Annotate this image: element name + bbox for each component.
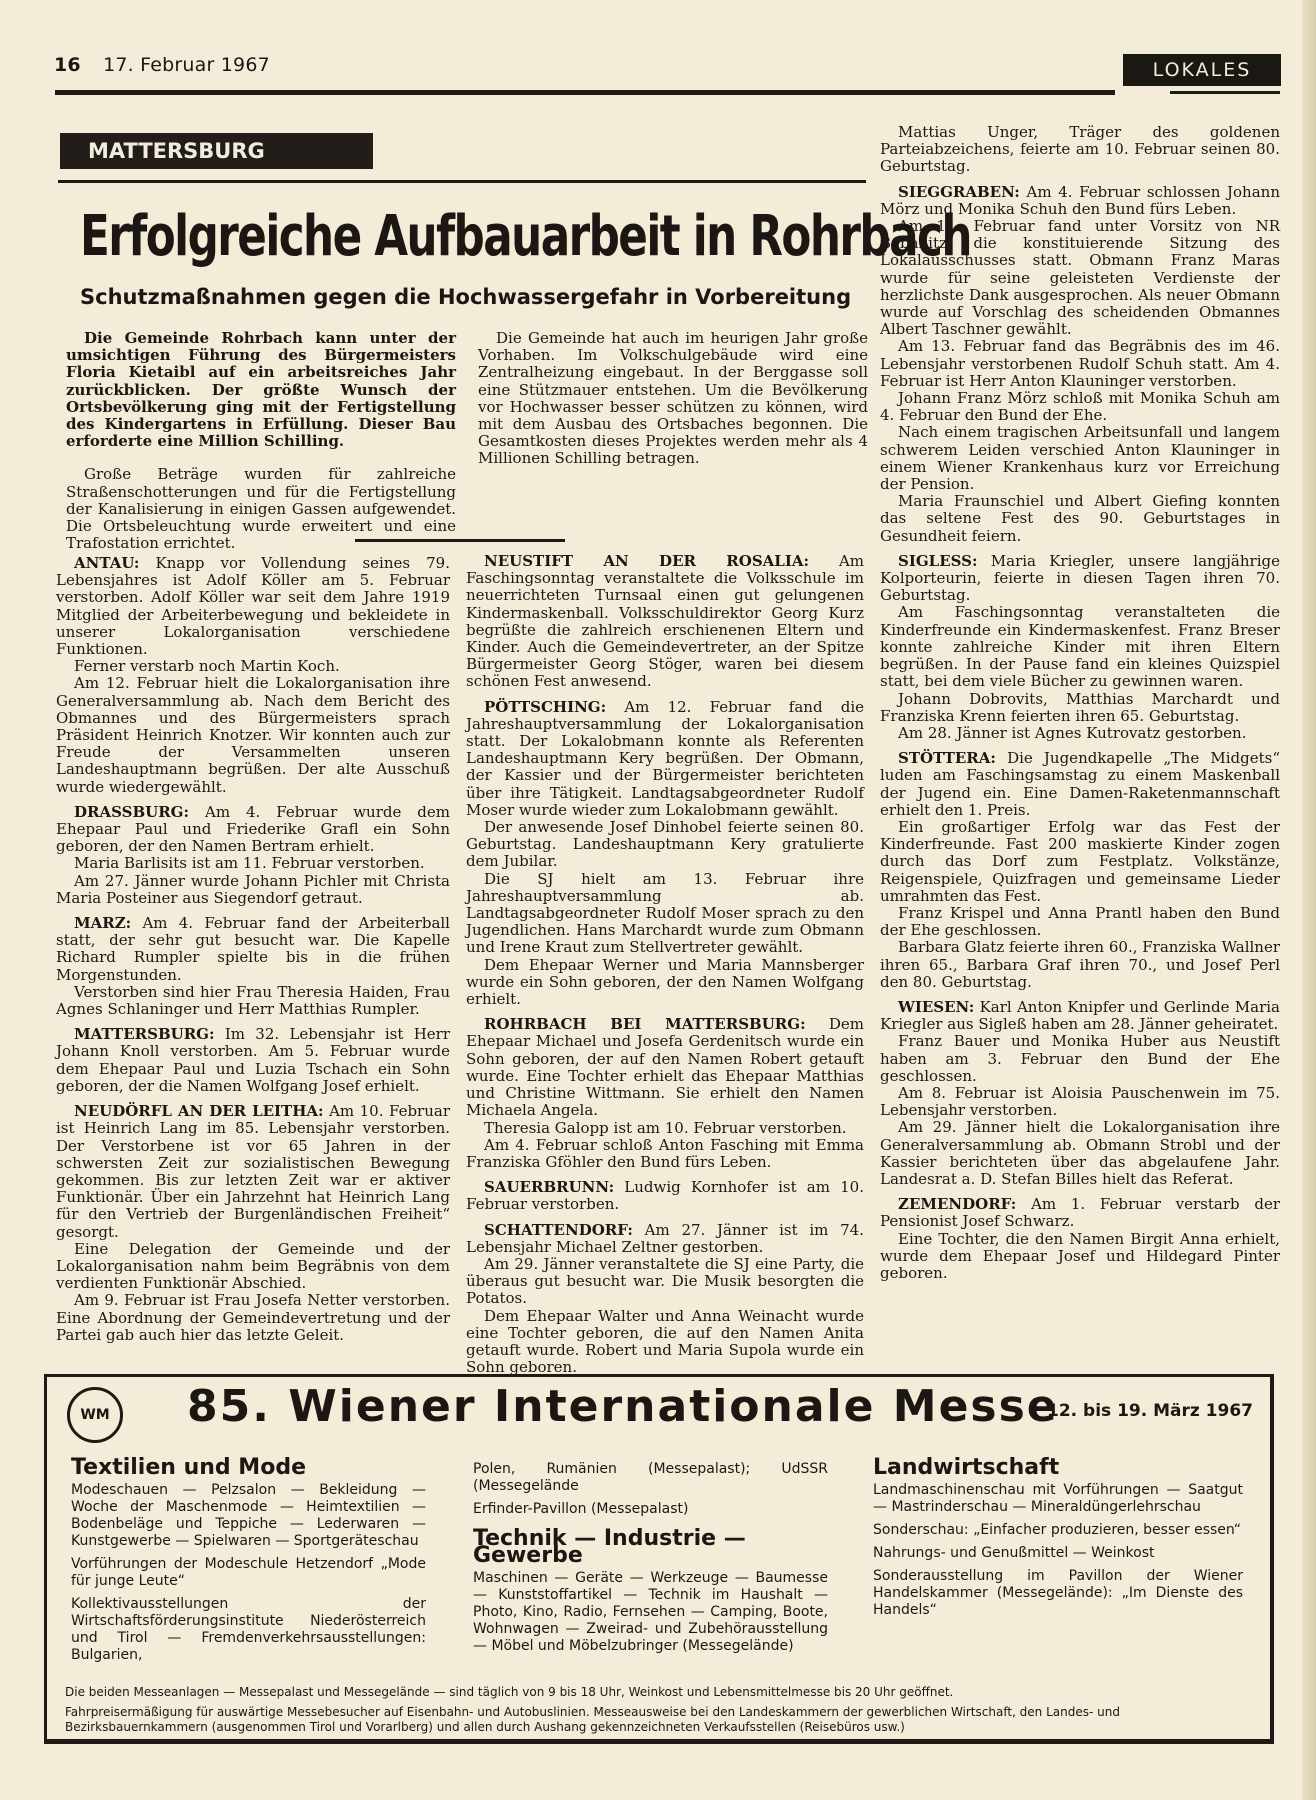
news-item: Maria Fraunschiel und Albert Giefing kon… bbox=[880, 493, 1280, 545]
news-item: Am 11. Februar fand unter Vorsitz von NR… bbox=[880, 218, 1280, 338]
news-text: Verstorben sind hier Frau Theresia Haide… bbox=[56, 983, 450, 1018]
region-rule bbox=[58, 180, 866, 183]
news-text: Am 27. Jänner wurde Johann Pichler mit C… bbox=[56, 872, 450, 907]
place-name: WIESEN: bbox=[898, 998, 974, 1016]
ad-land-p1: Landmaschinenschau mit Vorführungen — Sa… bbox=[873, 1482, 1243, 1516]
news-item-with-place: PÖTTSCHING: Am 12. Februar fand die Jahr… bbox=[466, 699, 864, 819]
news-item: Eine Delegation der Gemeinde und der Lok… bbox=[56, 1241, 450, 1293]
news-item-with-place: NEUDÖRFL AN DER LEITHA: Am 10. Februar i… bbox=[56, 1103, 450, 1241]
ad-travel-info: Fahrpreisermäßigung für auswärtige Messe… bbox=[65, 1705, 1255, 1735]
news-text: Am 29. Jänner veranstaltete die SJ eine … bbox=[466, 1255, 864, 1307]
news-item: Am 8. Februar ist Aloisia Pauschenwein i… bbox=[880, 1085, 1280, 1119]
news-item-with-place: SCHATTENDORF: Am 27. Jänner ist im 74. L… bbox=[466, 1222, 864, 1256]
header-rule bbox=[55, 90, 1115, 95]
article-headline: Erfolgreiche Aufbauarbeit in Rohrbach bbox=[80, 205, 673, 269]
news-text: Der anwesende Josef Dinhobel feierte sei… bbox=[466, 818, 864, 870]
news-item: Der anwesende Josef Dinhobel feierte sei… bbox=[466, 819, 864, 871]
news-text: Theresia Galopp ist am 10. Februar verst… bbox=[484, 1119, 847, 1137]
ad-textiles-p3: Kollektivausstellungen der Wirtschaftsfö… bbox=[71, 1596, 426, 1664]
news-text: Maria Fraunschiel und Albert Giefing kon… bbox=[880, 492, 1280, 544]
place-name: PÖTTSCHING: bbox=[484, 698, 606, 716]
ad-middle-p3: Maschinen — Geräte — Werkzeuge — Baumess… bbox=[473, 1570, 828, 1655]
place-name: ANTAU: bbox=[74, 554, 139, 572]
news-item: Verstorben sind hier Frau Theresia Haide… bbox=[56, 984, 450, 1018]
news-item-with-place: NEUSTIFT AN DER ROSALIA: Am Faschingsonn… bbox=[466, 553, 864, 691]
ad-column-landwirtschaft: Landwirtschaft Landmaschinenschau mit Vo… bbox=[873, 1459, 1243, 1625]
place-name: ZEMENDORF: bbox=[898, 1195, 1016, 1213]
ad-opening-hours: Die beiden Messeanlagen — Messepalast un… bbox=[65, 1685, 1255, 1700]
place-name: STÖTTERA: bbox=[898, 749, 996, 767]
news-item: Am 4. Februar schloß Anton Fasching mit … bbox=[466, 1137, 864, 1171]
news-text: Am 29. Jänner hielt die Lokalorganisatio… bbox=[880, 1118, 1280, 1188]
article-subheadline: Schutzmaßnahmen gegen die Hochwassergefa… bbox=[80, 285, 840, 309]
news-item: Barbara Glatz feierte ihren 60., Franzis… bbox=[880, 939, 1280, 991]
news-text: Am 12. Februar hielt die Lokalorganisati… bbox=[56, 674, 450, 795]
news-column-3: Mattias Unger, Träger des goldenen Parte… bbox=[880, 124, 1280, 1282]
section-label: LOKALES bbox=[1123, 54, 1281, 86]
news-item: Maria Barlisits ist am 11. Februar verst… bbox=[56, 855, 450, 872]
news-column-2: NEUSTIFT AN DER ROSALIA: Am Faschingsonn… bbox=[466, 553, 864, 1376]
fair-logo-icon: WM bbox=[67, 1387, 123, 1443]
news-item-with-place: STÖTTERA: Die Jugendkapelle „The Midgets… bbox=[880, 750, 1280, 819]
news-item: Franz Bauer und Monika Huber aus Neustif… bbox=[880, 1033, 1280, 1085]
ad-textiles-p1: Modeschauen — Pelzsalon — Bekleidung — W… bbox=[71, 1482, 426, 1550]
news-item-with-place: MATTERSBURG: Im 32. Lebensjahr ist Herr … bbox=[56, 1026, 450, 1095]
news-item-with-place: ROHRBACH BEI MATTERSBURG: Dem Ehepaar Mi… bbox=[466, 1016, 864, 1119]
news-text: Am 11. Februar fand unter Vorsitz von NR… bbox=[880, 217, 1280, 338]
news-text: Am Faschingsonntag veranstalteten die Ki… bbox=[880, 603, 1280, 690]
news-text: Am 4. Februar schloß Anton Fasching mit … bbox=[466, 1136, 864, 1171]
news-item: Johann Dobrovits, Matthias Marchardt und… bbox=[880, 691, 1280, 725]
page-number: 16 bbox=[54, 54, 81, 76]
news-item: Nach einem tragischen Arbeitsunfall und … bbox=[880, 424, 1280, 493]
news-item: Johann Franz Mörz schloß mit Monika Schu… bbox=[880, 390, 1280, 424]
news-text: Am 12. Februar fand die Jahreshauptversa… bbox=[466, 698, 864, 819]
news-item: Am Faschingsonntag veranstalteten die Ki… bbox=[880, 604, 1280, 690]
ad-middle-p2: Erfinder-Pavillon (Messepalast) bbox=[473, 1501, 828, 1518]
news-item-with-place: SIGLESS: Maria Kriegler, unsere langjähr… bbox=[880, 553, 1280, 605]
news-item: Dem Ehepaar Walter und Anna Weinacht wur… bbox=[466, 1308, 864, 1377]
news-text: Barbara Glatz feierte ihren 60., Franzis… bbox=[880, 938, 1280, 990]
article-divider bbox=[355, 539, 565, 542]
news-item-with-place: DRASSBURG: Am 4. Februar wurde dem Ehepa… bbox=[56, 804, 450, 856]
place-name: SIGLESS: bbox=[898, 552, 978, 570]
place-name: NEUSTIFT AN DER ROSALIA: bbox=[484, 552, 809, 570]
news-text: Dem Ehepaar Walter und Anna Weinacht wur… bbox=[466, 1307, 864, 1377]
ad-column-technik: Polen, Rumänien (Messepalast); UdSSR (Me… bbox=[473, 1461, 828, 1661]
region-label: MATTERSBURG bbox=[60, 133, 373, 169]
article-column-2: Die Gemeinde hat auch im heurigen Jahr g… bbox=[478, 330, 868, 468]
place-name: MARZ: bbox=[74, 914, 131, 932]
news-text: Ferner verstarb noch Martin Koch. bbox=[74, 657, 340, 675]
news-item: Eine Tochter, die den Namen Birgit Anna … bbox=[880, 1231, 1280, 1283]
news-column-1: ANTAU: Knapp vor Vollendung seines 79. L… bbox=[56, 555, 450, 1344]
news-item: Dem Ehepaar Werner und Maria Mannsberger… bbox=[466, 957, 864, 1009]
news-item: Theresia Galopp ist am 10. Februar verst… bbox=[466, 1120, 864, 1137]
news-item-with-place: ZEMENDORF: Am 1. Februar verstarb der Pe… bbox=[880, 1196, 1280, 1230]
article-paragraph-2: Die Gemeinde hat auch im heurigen Jahr g… bbox=[478, 330, 868, 468]
ad-column-textiles: Textilien und Mode Modeschauen — Pelzsal… bbox=[71, 1459, 426, 1670]
ad-land-p3: Nahrungs- und Genußmittel — Weinkost bbox=[873, 1545, 1243, 1562]
news-text: Am 13. Februar fand das Begräbnis des im… bbox=[880, 337, 1280, 389]
place-name: DRASSBURG: bbox=[74, 803, 189, 821]
ad-textiles-p2: Vorführungen der Modeschule Hetzendorf „… bbox=[71, 1556, 426, 1590]
ad-title: 85. Wiener Internationale Messe bbox=[187, 1381, 1059, 1432]
news-text: Eine Delegation der Gemeinde und der Lok… bbox=[56, 1240, 450, 1292]
news-item: Ein großartiger Erfolg war das Fest der … bbox=[880, 819, 1280, 905]
news-text: Johann Dobrovits, Matthias Marchardt und… bbox=[880, 690, 1280, 725]
trade-fair-advertisement: WM 85. Wiener Internationale Messe 12. b… bbox=[44, 1374, 1274, 1744]
issue-date: 17. Februar 1967 bbox=[103, 54, 270, 76]
news-item-with-place: WIESEN: Karl Anton Knipfer und Gerlinde … bbox=[880, 999, 1280, 1033]
newspaper-page: 16 17. Februar 1967 LOKALES MATTERSBURG … bbox=[0, 0, 1316, 1800]
news-item: Franz Krispel und Anna Prantl haben den … bbox=[880, 905, 1280, 939]
news-text: Nach einem tragischen Arbeitsunfall und … bbox=[880, 423, 1280, 493]
news-item: Am 9. Februar ist Frau Josefa Netter ver… bbox=[56, 1292, 450, 1344]
news-text: Franz Bauer und Monika Huber aus Neustif… bbox=[880, 1032, 1280, 1084]
ad-land-p2: Sonderschau: „Einfacher produzieren, bes… bbox=[873, 1522, 1243, 1539]
news-text: Johann Franz Mörz schloß mit Monika Schu… bbox=[880, 389, 1280, 424]
place-name: MATTERSBURG: bbox=[74, 1025, 215, 1043]
news-text: Die SJ hielt am 13. Februar ihre Jahresh… bbox=[466, 870, 864, 957]
news-item: Am 12. Februar hielt die Lokalorganisati… bbox=[56, 675, 450, 795]
article-column-1: Die Gemeinde Rohrbach kann unter der ums… bbox=[66, 330, 456, 552]
place-name: ROHRBACH BEI MATTERSBURG: bbox=[484, 1015, 806, 1033]
place-name: SCHATTENDORF: bbox=[484, 1221, 633, 1239]
news-text: Am 28. Jänner ist Agnes Kutrovatz gestor… bbox=[898, 724, 1246, 742]
ad-heading-technik: Technik — Industrie — Gewerbe bbox=[473, 1530, 828, 1564]
news-text: Am Faschingsonntag veranstaltete die Vol… bbox=[466, 552, 864, 690]
news-item-with-place: ANTAU: Knapp vor Vollendung seines 79. L… bbox=[56, 555, 450, 658]
page-edge bbox=[1302, 0, 1316, 1800]
news-text: Eine Tochter, die den Namen Birgit Anna … bbox=[880, 1230, 1280, 1282]
news-text: Am 8. Februar ist Aloisia Pauschenwein i… bbox=[880, 1084, 1280, 1119]
news-item: Am 28. Jänner ist Agnes Kutrovatz gestor… bbox=[880, 725, 1280, 742]
news-item-with-place: MARZ: Am 4. Februar fand der Arbeiterbal… bbox=[56, 915, 450, 984]
news-item: Am 27. Jänner wurde Johann Pichler mit C… bbox=[56, 873, 450, 907]
news-text: Am 9. Februar ist Frau Josefa Netter ver… bbox=[56, 1291, 450, 1343]
news-item-with-place: SAUERBRUNN: Ludwig Kornhofer ist am 10. … bbox=[466, 1179, 864, 1213]
ad-heading-landwirtschaft: Landwirtschaft bbox=[873, 1459, 1243, 1476]
news-item: Die SJ hielt am 13. Februar ihre Jahresh… bbox=[466, 871, 864, 957]
news-text: Am 10. Februar ist Heinrich Lang im 85. … bbox=[56, 1102, 450, 1240]
news-item: Am 29. Jänner hielt die Lokalorganisatio… bbox=[880, 1119, 1280, 1188]
place-name: SIEGGRABEN: bbox=[898, 183, 1020, 201]
news-text: Dem Ehepaar Werner und Maria Mannsberger… bbox=[466, 956, 864, 1008]
news-item: Am 29. Jänner veranstaltete die SJ eine … bbox=[466, 1256, 864, 1308]
page-header: 16 17. Februar 1967 bbox=[54, 54, 270, 76]
news-item: Mattias Unger, Träger des goldenen Parte… bbox=[880, 124, 1280, 176]
place-name: SAUERBRUNN: bbox=[484, 1178, 614, 1196]
ad-middle-p1: Polen, Rumänien (Messepalast); UdSSR (Me… bbox=[473, 1461, 828, 1495]
header-rule-right bbox=[1170, 91, 1280, 94]
news-item: Ferner verstarb noch Martin Koch. bbox=[56, 658, 450, 675]
news-text: Ein großartiger Erfolg war das Fest der … bbox=[880, 818, 1280, 905]
news-item: Am 13. Februar fand das Begräbnis des im… bbox=[880, 338, 1280, 390]
news-text: Maria Barlisits ist am 11. Februar verst… bbox=[74, 854, 425, 872]
ad-heading-textiles: Textilien und Mode bbox=[71, 1459, 426, 1476]
ad-dates: 12. bis 19. März 1967 bbox=[1047, 1401, 1253, 1421]
article-lead: Die Gemeinde Rohrbach kann unter der ums… bbox=[66, 330, 456, 450]
news-text: Franz Krispel und Anna Prantl haben den … bbox=[880, 904, 1280, 939]
ad-land-p4: Sonderausstellung im Pavillon der Wiener… bbox=[873, 1568, 1243, 1619]
news-item-with-place: SIEGGRABEN: Am 4. Februar schlossen Joha… bbox=[880, 184, 1280, 218]
news-text: Mattias Unger, Träger des goldenen Parte… bbox=[880, 123, 1280, 175]
place-name: NEUDÖRFL AN DER LEITHA: bbox=[74, 1102, 324, 1120]
